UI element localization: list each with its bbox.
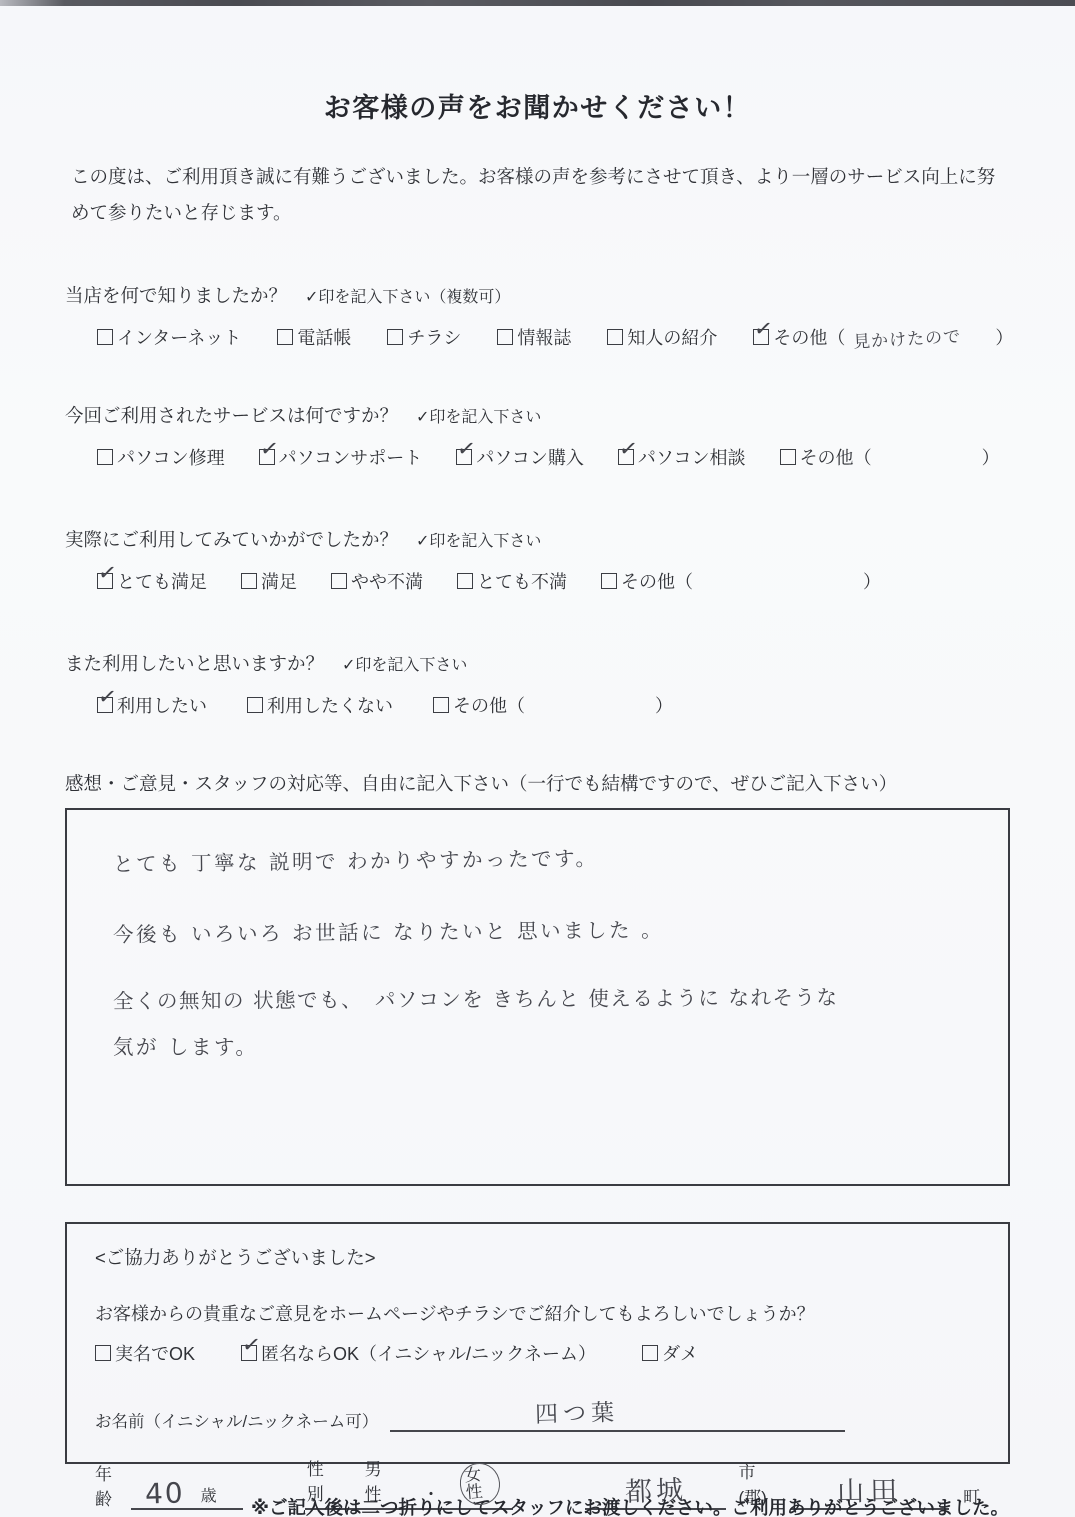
handwritten-town: 山田 (837, 1468, 904, 1508)
option-magazine[interactable]: ✓ 情報誌 (497, 324, 571, 350)
consent-heading: <ご協力ありがとうございました> (95, 1244, 980, 1270)
question-instruction: ✓印を記入下さい (416, 404, 541, 427)
option-flyer[interactable]: ✓ チラシ (387, 324, 461, 350)
checkmark-icon: ✓ (258, 438, 279, 462)
checkbox-pc-support[interactable]: ✓ (259, 449, 275, 465)
option-pc-repair[interactable]: ✓ パソコン修理 (97, 444, 225, 470)
option-label: とても満足 (117, 568, 207, 594)
checkbox-anonymous-ok[interactable]: ✓ (241, 1345, 257, 1361)
checkbox-flyer[interactable]: ✓ (387, 329, 403, 345)
other-note-parens: （ ） (507, 692, 673, 718)
question-instruction: ✓印を記入下さい (416, 528, 541, 551)
handwritten-comment-line: とても 丁寧な 説明で わかりやすかったです。 (113, 837, 968, 877)
option-real-name-ok[interactable]: ✓ 実名でOK (95, 1340, 195, 1366)
age-field[interactable]: 40 歳 (131, 1474, 243, 1510)
question-use-again: また利用したいと思いますか？ ✓印を記入下さい ✓ 利用したい ✓ 利用したくな… (65, 650, 1010, 718)
option-other-use-again[interactable]: ✓ その他 （ ） (433, 692, 673, 718)
paren-open: （ (854, 444, 872, 470)
checkbox-magazine[interactable]: ✓ (497, 329, 513, 345)
option-other-satisfaction[interactable]: ✓ その他 （ ） (601, 568, 881, 594)
paren-close: ） (655, 692, 673, 718)
question-label: 当店を何で知りましたか？ (65, 282, 287, 308)
age-suffix: 歳 (201, 1483, 217, 1508)
option-label: その他 (800, 444, 854, 470)
checkbox-satisfied[interactable]: ✓ (241, 573, 257, 589)
option-label: 満足 (261, 568, 297, 594)
comments-label: 感想・ご意見・スタッフの対応等、自由に記入下さい（一行でも結構ですので、ぜひご記… (65, 770, 1010, 796)
question-label: また利用したいと思いますか？ (65, 650, 324, 676)
checkbox-do-not-want[interactable]: ✓ (247, 697, 263, 713)
other-note-parens: （ ） (854, 444, 1000, 470)
option-label: その他 (453, 692, 507, 718)
checkbox-very-satisfied[interactable]: ✓ (97, 573, 113, 589)
paren-open: （ (827, 324, 845, 350)
option-other-service[interactable]: ✓ その他 （ ） (780, 444, 1000, 470)
option-label: パソコン修理 (117, 444, 225, 470)
handwritten-comment-line: 気が します。 (113, 1030, 968, 1060)
handwritten-note: 見かけたので (845, 322, 962, 353)
option-label: その他 (621, 568, 675, 594)
paren-close: ） (995, 324, 1013, 350)
option-other-source[interactable]: ✓ その他 （ 見かけたので ） (753, 324, 1013, 350)
option-label: 利用したい (117, 692, 207, 718)
option-phonebook[interactable]: ✓ 電話帳 (277, 324, 351, 350)
option-somewhat-dissatisfied[interactable]: ✓ やや不満 (331, 568, 423, 594)
option-pc-support[interactable]: ✓ パソコンサポート (259, 444, 423, 470)
option-label: パソコン購入 (476, 444, 584, 470)
handwritten-age: 40 (144, 1479, 185, 1508)
checkbox-want-to-use[interactable]: ✓ (97, 697, 113, 713)
option-label: 利用したくない (267, 692, 393, 718)
question-satisfaction: 実際にご利用してみていかがでしたか？ ✓印を記入下さい ✓ とても満足 ✓ 満足… (65, 526, 1010, 594)
checkmark-icon: ✓ (456, 438, 477, 462)
option-referral[interactable]: ✓ 知人の紹介 (607, 324, 717, 350)
option-anonymous-ok[interactable]: ✓ 匿名ならOK（イニシャル/ニックネーム） (241, 1340, 596, 1366)
checkbox-other-source[interactable]: ✓ (753, 329, 769, 345)
checkbox-very-dissatisfied[interactable]: ✓ (457, 573, 473, 589)
consent-box: <ご協力ありがとうございました> お客様からの貴重なご意見をホームページやチラシ… (65, 1222, 1010, 1464)
comments-box[interactable]: とても 丁寧な 説明で わかりやすかったです。 今後も いろいろ お世話に なり… (65, 808, 1010, 1186)
handwritten-comment-line: 今後も いろいろ お世話に なりたいと 思いました 。 (113, 910, 968, 947)
checkbox-somewhat-dissatisfied[interactable]: ✓ (331, 573, 347, 589)
option-label: とても不満 (477, 568, 567, 594)
gender-female-label: 女性 (463, 1465, 483, 1502)
checkbox-other-satisfaction[interactable]: ✓ (601, 573, 617, 589)
option-label: パソコンサポート (279, 444, 423, 470)
question-service-used: 今回ご利用されたサービスは何ですか？ ✓印を記入下さい ✓ パソコン修理 ✓ パ… (65, 402, 1010, 470)
paren-close: ） (863, 568, 881, 594)
checkbox-other-use-again[interactable]: ✓ (433, 697, 449, 713)
option-do-not-want[interactable]: ✓ 利用したくない (247, 692, 393, 718)
consent-question: お客様からの貴重なご意見をホームページやチラシでご紹介してもよろしいでしょうか？ (95, 1300, 980, 1326)
intro-text: この度は、ご利用頂き誠に有難うございました。お客様の声を参考にさせて頂き、より一… (71, 159, 1004, 230)
option-very-dissatisfied[interactable]: ✓ とても不満 (457, 568, 567, 594)
checkmark-icon: ✓ (753, 318, 774, 342)
paren-open: （ (507, 692, 525, 718)
checkbox-phonebook[interactable]: ✓ (277, 329, 293, 345)
checkmark-icon: ✓ (241, 1334, 262, 1358)
option-label: パソコン相談 (638, 444, 746, 470)
option-label: チラシ (407, 324, 461, 350)
question-label: 今回ご利用されたサービスは何ですか？ (65, 402, 398, 428)
checkbox-no[interactable]: ✓ (642, 1345, 658, 1361)
option-label: 情報誌 (517, 324, 571, 350)
paren-open: （ (675, 568, 693, 594)
checkbox-pc-purchase[interactable]: ✓ (456, 449, 472, 465)
option-very-satisfied[interactable]: ✓ とても満足 (97, 568, 207, 594)
option-want-to-use[interactable]: ✓ 利用したい (97, 692, 207, 718)
option-internet[interactable]: ✓ インターネット (97, 324, 241, 350)
handwritten-city: 都城 (624, 1468, 687, 1509)
option-label: 知人の紹介 (627, 324, 717, 350)
age-label: 年齢 (95, 1460, 127, 1510)
handwritten-comment-line: 全くの無知の 状態でも、 パソコンを きちんと 使えるように なれそうな (113, 980, 968, 1014)
checkbox-pc-consult[interactable]: ✓ (618, 449, 634, 465)
checkmark-icon: ✓ (97, 686, 118, 710)
question-instruction: ✓印を記入下さい (342, 652, 467, 675)
option-label: 電話帳 (297, 324, 351, 350)
checkbox-real-name-ok[interactable]: ✓ (95, 1345, 111, 1361)
name-field[interactable]: 四つ葉 (390, 1398, 845, 1432)
name-field-label: お名前（イニシャル/ニックネーム可） (95, 1408, 378, 1432)
page-title: お客様の声をお聞かせください！ (65, 86, 1010, 125)
other-note-parens: （ ） (675, 568, 881, 594)
option-no[interactable]: ✓ ダメ (642, 1340, 698, 1366)
handwritten-name: 四つ葉 (535, 1394, 620, 1429)
option-satisfied[interactable]: ✓ 満足 (241, 568, 297, 594)
scan-artifact-top-strip (0, 0, 1075, 6)
checkbox-other-service[interactable]: ✓ (780, 449, 796, 465)
checkmark-icon: ✓ (617, 438, 638, 462)
option-label: ダメ (662, 1340, 698, 1366)
checkbox-internet[interactable]: ✓ (97, 329, 113, 345)
checkbox-referral[interactable]: ✓ (607, 329, 623, 345)
option-label: やや不満 (351, 568, 423, 594)
option-label: その他 (773, 324, 827, 350)
other-note-parens: （ 見かけたので ） (827, 324, 1013, 350)
checkmark-icon: ✓ (97, 562, 118, 586)
option-pc-consult[interactable]: ✓ パソコン相談 (618, 444, 746, 470)
question-instruction: ✓印を記入下さい（複数可） (305, 284, 510, 307)
paren-close: ） (982, 444, 1000, 470)
question-how-did-you-learn: 当店を何で知りましたか？ ✓印を記入下さい（複数可） ✓ インターネット ✓ 電… (65, 282, 1010, 350)
scanned-feedback-form: お客様の声をお聞かせください！ この度は、ご利用頂き誠に有難うございました。お客… (0, 0, 1075, 1517)
option-label: インターネット (117, 324, 241, 350)
question-label: 実際にご利用してみていかがでしたか？ (65, 526, 398, 552)
option-label: 実名でOK (115, 1340, 195, 1366)
option-label: 匿名ならOK（イニシャル/ニックネーム） (261, 1340, 596, 1366)
option-pc-purchase[interactable]: ✓ パソコン購入 (456, 444, 584, 470)
checkbox-pc-repair[interactable]: ✓ (97, 449, 113, 465)
